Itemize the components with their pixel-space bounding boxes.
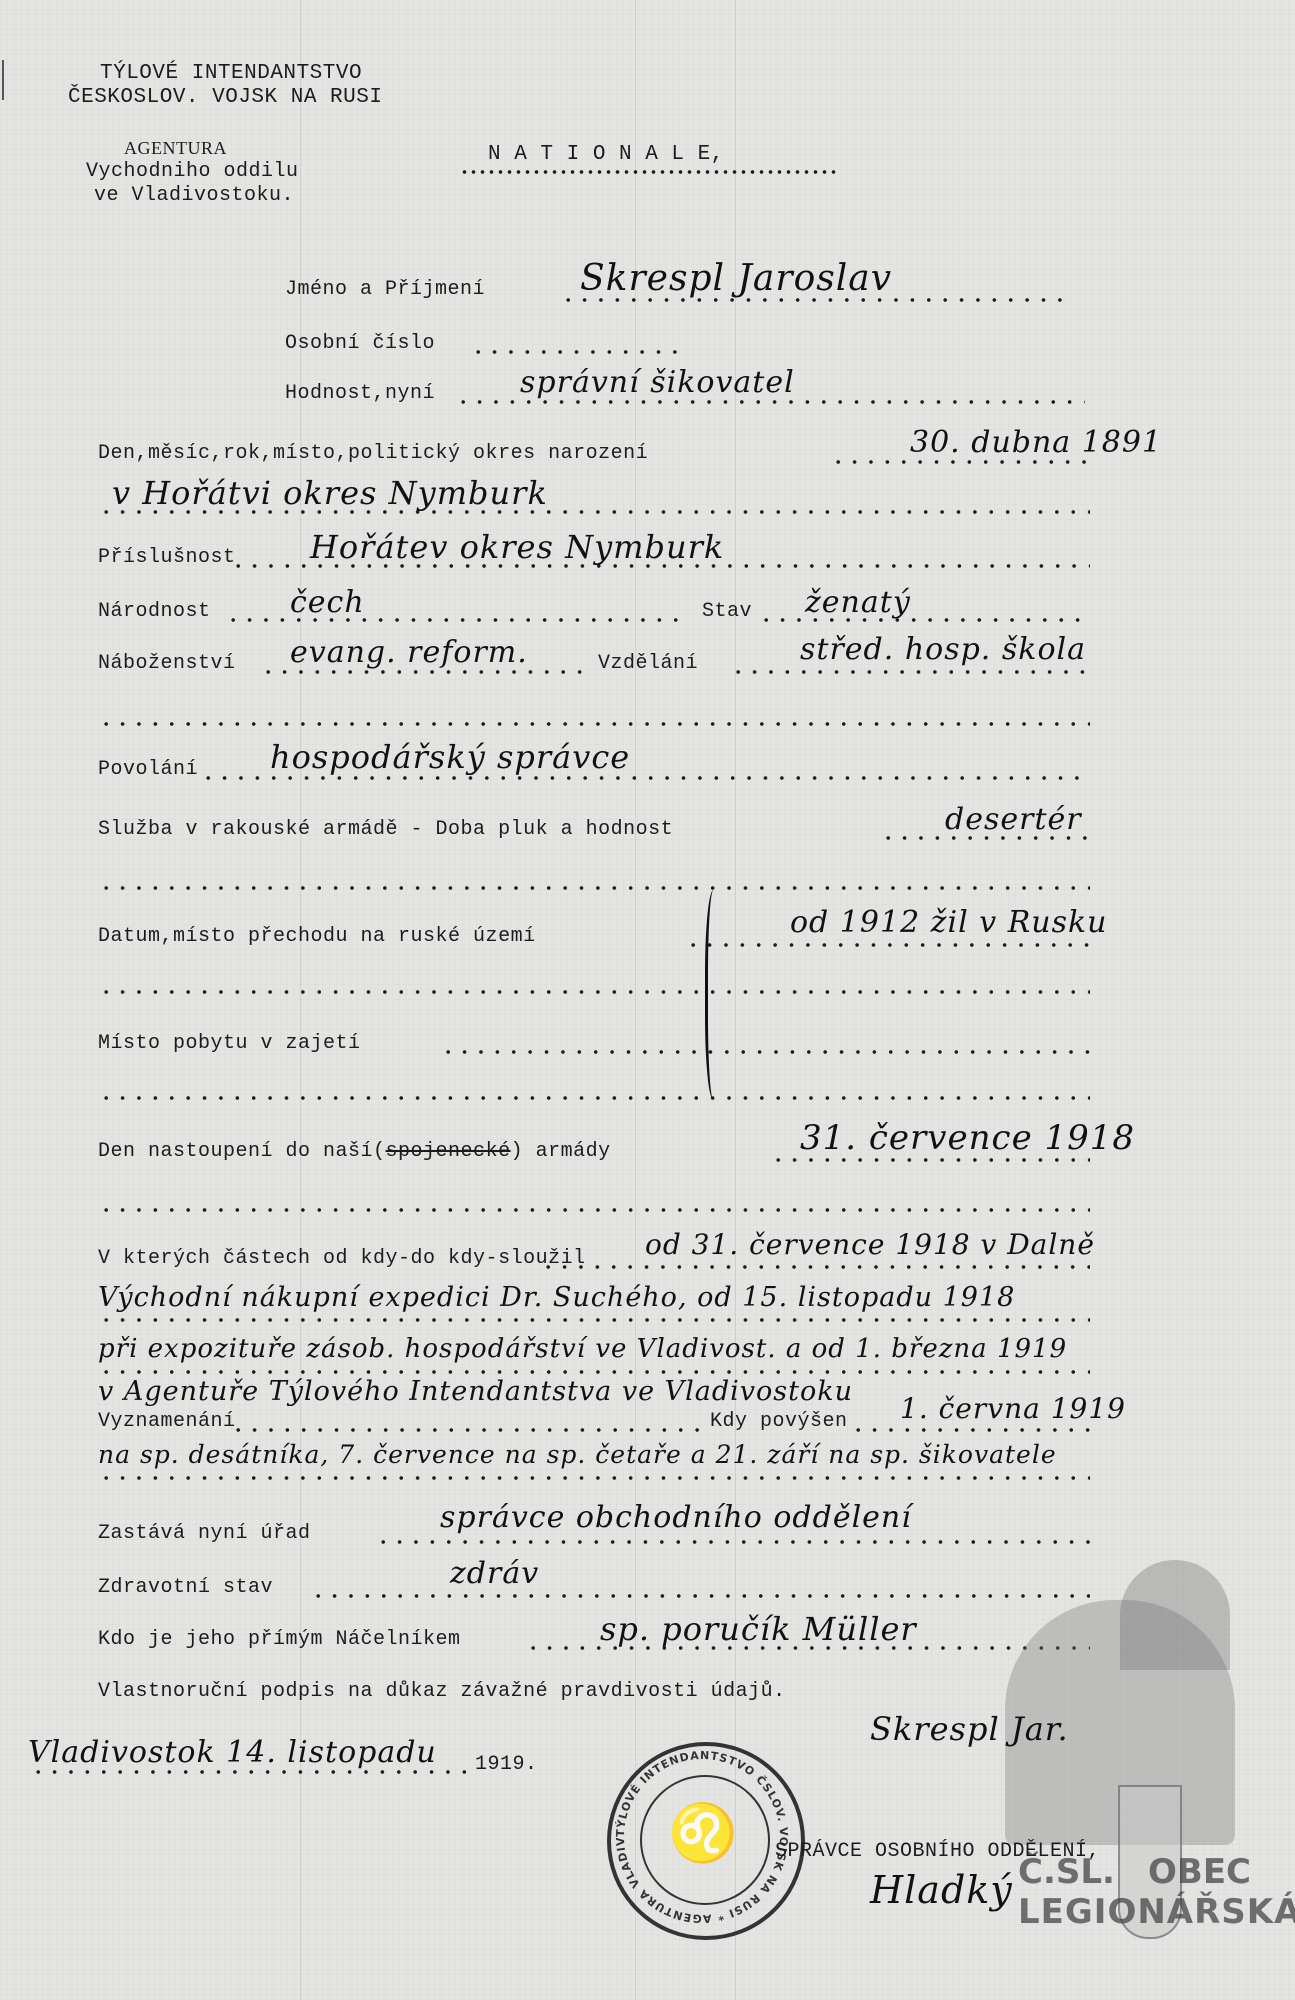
field-value-units-3: při expozituře zásob. hospodářství ve Vl… [98, 1334, 1067, 1364]
field-label-crossing: Datum,místo přechodu na ruské území [98, 925, 536, 948]
field-value-crossing: od 1912 žil v Rusku [790, 905, 1108, 940]
field-dots [770, 1158, 1090, 1162]
watermark-text-2: OBEC [1148, 1852, 1251, 1892]
field-dots [230, 1428, 700, 1432]
field-value-units-1: od 31. července 1918 v Dalně [645, 1228, 1095, 1261]
field-label-domicile: Příslušnost [98, 546, 236, 569]
field-value-nationality: čech [290, 585, 365, 620]
field-dots [98, 1208, 1090, 1212]
field-value-health: zdráv [450, 1556, 539, 1591]
field-dots [98, 1318, 1090, 1322]
field-value-superior: sp. poručík Müller [600, 1610, 917, 1648]
field-value-birth-place: v Hořátvi okres Nymburk [112, 474, 548, 512]
field-dots [98, 886, 1090, 890]
field-label-education: Vzdělání [598, 652, 698, 675]
field-value-promoted: 1. června 1919 [900, 1392, 1126, 1425]
bracket-line [705, 890, 726, 1100]
field-dots [30, 1770, 470, 1774]
struck-text: spojenecké [386, 1140, 511, 1163]
field-dots [310, 1594, 1090, 1598]
stamp-ring-text: TÝLOVÉ INTENDANTSTVO ČSLOV. VOJSK NA RUS… [607, 1742, 797, 1932]
field-label-captivity: Místo pobytu v zajetí [98, 1032, 361, 1055]
field-dots [850, 1428, 1090, 1432]
place-date-handwritten: Vladivostok 14. listopadu [28, 1735, 437, 1770]
agency-line3: ve Vladivostoku. [94, 184, 294, 207]
field-value-education: střed. hosp. škola [800, 632, 1086, 667]
field-value-units-4: v Agentuře Týlového Intendantstva ve Vla… [98, 1376, 853, 1407]
field-value-current-office: správce obchodního oddělení [440, 1500, 912, 1535]
field-value-marital-status: ženatý [805, 585, 911, 620]
svg-text:TÝLOVÉ INTENDANTSTVO ČSLOV. VO: TÝLOVÉ INTENDANTSTVO ČSLOV. VOJSK NA RUS… [607, 1742, 790, 1925]
official-title: SPRÁVCE OSOBNÍHO ODDĚLENÍ, [775, 1840, 1100, 1863]
field-label-occupation: Povolání [98, 758, 198, 781]
field-value-promoted-detail: na sp. desátníka, 7. července na sp. čet… [98, 1440, 1057, 1469]
field-dots [375, 1540, 1090, 1544]
field-value-units-2: Východní nákupní expedici Dr. Suchého, o… [98, 1282, 1015, 1313]
field-label-signature-statement: Vlastnoruční podpis na důkaz závažné pra… [98, 1680, 786, 1703]
edge-mark [2, 60, 4, 100]
field-label-name: Jméno a Příjmení [285, 278, 485, 301]
org-line1: TÝLOVÉ INTENDANTSTVO [100, 62, 362, 85]
field-value-name: Skrespl Jaroslav [580, 258, 892, 299]
field-value-enlistment: 31. července 1918 [800, 1118, 1135, 1158]
field-dots [98, 990, 1090, 994]
field-dots [830, 460, 1090, 464]
helmet-shape-icon [1120, 1560, 1230, 1670]
applicant-signature: Skrespl Jar. [870, 1710, 1069, 1748]
field-label-superior: Kdo je jeho přímým Náčelníkem [98, 1628, 461, 1651]
field-label-promoted: Kdy povýšen [710, 1410, 848, 1433]
field-label-birth: Den,měsíc,rok,místo,politický okres naro… [98, 442, 648, 465]
field-dots [470, 350, 685, 354]
field-label-marital-status: Stav [702, 600, 752, 623]
field-label-units: V kterých částech od kdy-do kdy-sloužil [98, 1247, 586, 1270]
field-value-occupation: hospodářský správce [270, 738, 630, 776]
agency-line1: AGENTURA [124, 138, 227, 159]
field-dots [455, 400, 1085, 404]
field-dots [730, 670, 1090, 674]
field-label-enlistment: Den nastoupení do naší(spojenecké) armád… [98, 1140, 611, 1163]
field-dots [200, 776, 1090, 780]
field-label-austrian-service: Služba v rakouské armádě - Doba pluk a h… [98, 818, 673, 841]
org-line2: ČESKOSLOV. VOJSK NA RUSI [68, 86, 382, 109]
field-dots [440, 1050, 1090, 1054]
field-dots [540, 1265, 1090, 1269]
field-label-decorations: Vyznamenání [98, 1410, 236, 1433]
field-dots [98, 1096, 1090, 1100]
field-label-personal-number: Osobní číslo [285, 332, 435, 355]
field-label-nationality: Národnost [98, 600, 211, 623]
field-dots [685, 943, 1090, 947]
field-value-austrian-service: desertér [945, 802, 1082, 837]
agency-line2: Vychodniho oddilu [86, 160, 299, 183]
document-title: N A T I O N A L E, [488, 143, 724, 166]
official-signature: Hladký [870, 1868, 1013, 1912]
field-value-rank: správní šikovatel [520, 365, 795, 400]
title-underline [460, 170, 840, 174]
field-dots [260, 670, 590, 674]
field-dots [98, 1370, 1090, 1374]
field-value-religion: evang. reform. [290, 635, 528, 670]
field-label-current-office: Zastává nyní úřad [98, 1522, 311, 1545]
field-dots [98, 1476, 1090, 1480]
year-typed: 1919. [475, 1753, 538, 1776]
field-value-birth-date: 30. dubna 1891 [910, 425, 1162, 460]
field-label-religion: Náboženství [98, 652, 236, 675]
watermark-text-3: LEGIONÁŘSKÁ [1018, 1892, 1295, 1932]
field-value-domicile: Hořátev okres Nymburk [310, 528, 724, 566]
field-label-rank: Hodnost,nyní [285, 382, 435, 405]
field-label-health: Zdravotní stav [98, 1576, 273, 1599]
field-dots [98, 722, 1090, 726]
